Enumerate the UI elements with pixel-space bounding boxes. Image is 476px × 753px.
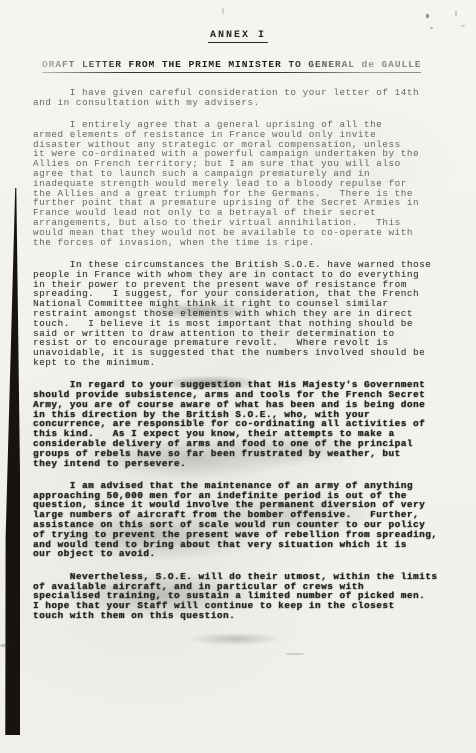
text-line: kept to the minimum.: [33, 358, 471, 368]
letter-title: DRAFT LETTER FROM THE PRIME MINISTER TO …: [42, 59, 421, 73]
pencil-mark: [222, 8, 224, 14]
pencil-mark: [426, 14, 429, 18]
pencil-mark: [0, 644, 10, 647]
letter-paragraph: I entirely agree that a general uprising…: [33, 120, 471, 247]
pencil-mark: [455, 11, 457, 16]
page-edge-shadow: [4, 188, 20, 735]
letter-paragraph: In regard to your suggestion that His Ma…: [33, 380, 471, 468]
scanned-letter-page: ANNEX I DRAFT LETTER FROM THE PRIME MINI…: [0, 0, 476, 753]
pencil-mark: [461, 25, 465, 27]
letter-body: I have given careful consideration to yo…: [33, 88, 471, 633]
letter-paragraph: In these circumstances the British S.O.E…: [33, 260, 471, 368]
annex-label: ANNEX I: [0, 30, 476, 41]
text-line: and in consultation with my advisers.: [33, 98, 471, 108]
letter-paragraph: I am advised that the maintenance of an …: [33, 481, 471, 559]
text-line: the forces of invasion, when the time is…: [33, 238, 471, 248]
pencil-mark: [430, 27, 433, 29]
annex-label-text: ANNEX I: [208, 30, 268, 43]
letter-paragraph: I have given careful consideration to yo…: [33, 88, 471, 108]
text-line: they intend to persevere.: [33, 459, 471, 469]
letter-paragraph: Nevertheless, S.O.E. will do their utmos…: [33, 572, 471, 621]
text-line: our object to avoid.: [33, 549, 471, 559]
pencil-mark: [286, 653, 304, 655]
text-line: touch with them on this question.: [33, 611, 471, 621]
